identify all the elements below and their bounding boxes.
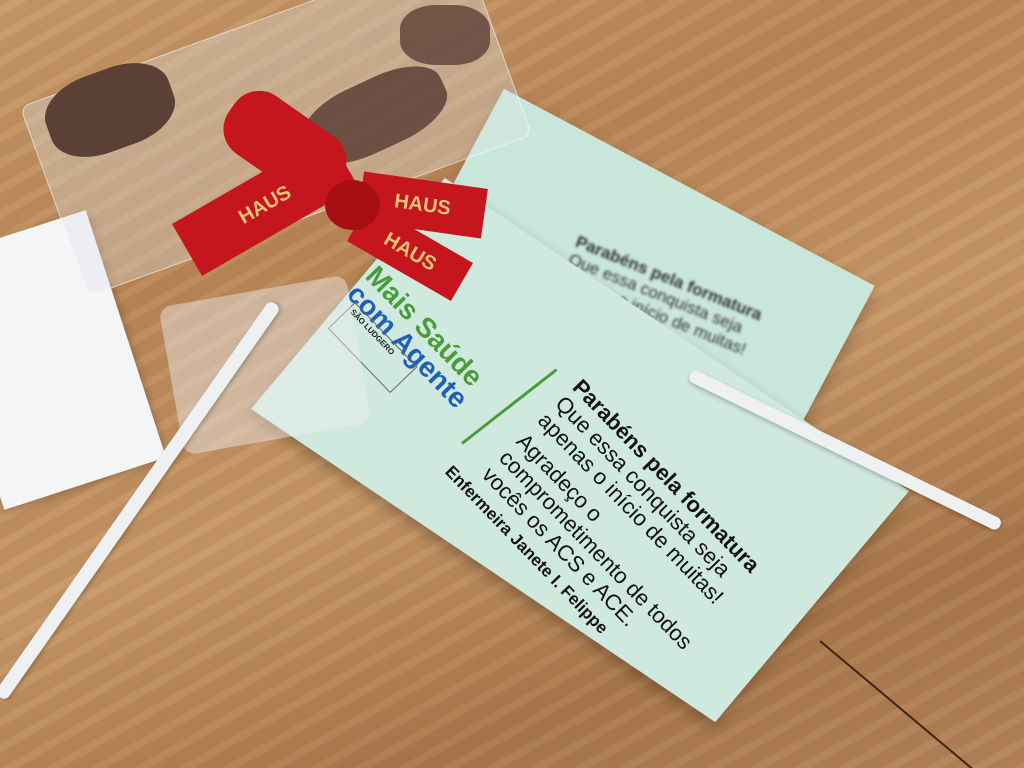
ribbon-brand: HAUS [235, 181, 296, 229]
chocolate-piece [400, 5, 490, 65]
ribbon-knot [325, 180, 380, 230]
ribbon-brand: HAUS [393, 190, 452, 221]
